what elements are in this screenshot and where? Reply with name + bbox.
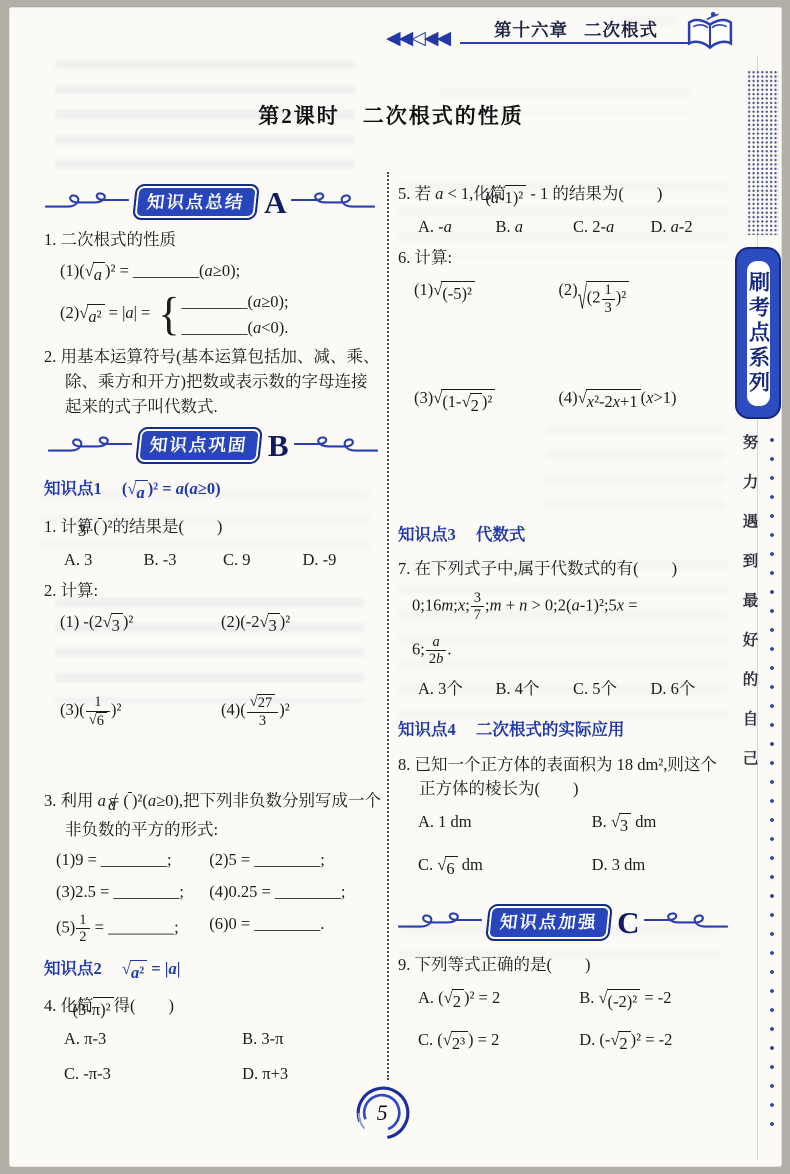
part-2: (2)(-2√3)² xyxy=(221,610,382,639)
swirl-decoration-left xyxy=(45,192,129,212)
option-d: D. 3 dm xyxy=(592,853,728,882)
swirl-decoration-right xyxy=(294,436,378,456)
part-1: (1) -(2√3)² xyxy=(60,610,221,639)
question-7-stem: 7. 在下列式子中,属于代数式的有( ) xyxy=(398,557,728,582)
part-3: (3)(1√6)² xyxy=(60,694,221,729)
question-9-stem: 9. 下列等式正确的是( ) xyxy=(398,953,728,978)
option-a: A. -a xyxy=(418,215,496,240)
banner-badge: 知识点总结 xyxy=(132,184,259,220)
knowledge-point-1-heading: 知识点1 (√a)² = a(a≥0) xyxy=(44,477,382,506)
option-c: C. (√2³) = 2 xyxy=(418,1028,579,1057)
question-8-stem: 8. 已知一个正方体的表面积为 18 dm²,则这个正方体的棱长为( ) xyxy=(398,753,728,803)
chapter-number: 第十六章 xyxy=(494,17,568,42)
knowledge-point-label: 知识点4 xyxy=(398,720,456,739)
case-line-2: ________(a<0). xyxy=(181,316,288,341)
swirl-decoration-right xyxy=(291,192,375,212)
option-c: C. 9 xyxy=(223,548,303,573)
option-b: B. √3 dm xyxy=(592,810,728,839)
sidebar-motto: 努力遇到最好的自己 xyxy=(741,434,757,790)
part-2: (2)√(213)² xyxy=(558,278,728,316)
case-brace: { xyxy=(158,294,179,336)
option-a: A. 3 xyxy=(64,548,144,573)
question-7-expression-line-2: 6;a2b. xyxy=(398,634,728,668)
option-b: B. a xyxy=(496,215,574,240)
option-c: C. 5个 xyxy=(573,677,651,702)
left-column: 1. 二次根式的性质 (1)(√a)² = ________(a≥0); (2)… xyxy=(44,228,382,1086)
knowledge-point-3-heading: 知识点3 代数式 xyxy=(398,523,728,548)
question-8-options: A. 1 dm B. √3 dm C. √6 dm D. 3 dm xyxy=(398,810,728,882)
banner-badge: 知识点加强 xyxy=(485,904,612,941)
knowledge-point-label: 知识点3 xyxy=(398,525,456,544)
knowledge-point-topic: 二次根式的实际应用 xyxy=(476,720,625,739)
open-book-icon xyxy=(686,10,734,54)
option-c: C. √6 dm xyxy=(418,853,592,882)
page-number-ornament: 5 xyxy=(352,1082,414,1144)
case-line-1: ________(a≥0); xyxy=(181,290,288,315)
question-5-stem: 5. 若 a < 1,化简√(a-1)² - 1 的结果为( ) xyxy=(398,182,728,211)
scanned-page: ◀◀◁◀◀ 第十六章 二次根式 刷考点系列 努力遇到最好的自己 第2课时 二次根… xyxy=(0,0,790,1174)
blank-3: (3)2.5 = ________; xyxy=(56,880,209,905)
question-7-expression-line-1: 0;16m;x;37;m + n > 0;2(a-1)²;5x = xyxy=(398,590,728,624)
knowledge-point-label: 知识点1 xyxy=(44,479,102,498)
question-3-stem: 3. 利用 a = (√a)²(a≥0),把下列非负数分别写成一个非负数的平方的… xyxy=(44,789,382,843)
series-badge: 刷考点系列 xyxy=(735,247,781,419)
blank-2: (2)5 = ________; xyxy=(209,848,382,873)
question-1-stem: 1. 计算(√3)²的结果是( ) xyxy=(44,515,382,544)
banner-knowledge-consolidate: 知识点巩固 B xyxy=(44,427,382,464)
summary-item1-heading: 1. 二次根式的性质 xyxy=(44,228,382,253)
part-1: (1)√(-5)² xyxy=(414,278,558,316)
option-a: A. 1 dm xyxy=(418,810,592,839)
question-3-blanks: (1)9 = ________; (2)5 = ________; (3)2.5… xyxy=(44,848,382,945)
header-rule xyxy=(460,42,688,44)
question-2-parts-row-1: (1) -(2√3)² (2)(-2√3)² xyxy=(44,610,382,639)
knowledge-point-label: 知识点2 xyxy=(44,959,102,978)
option-a: A. π-3 xyxy=(64,1027,242,1052)
question-6-parts-row-2: (3)√(1-√2)² (4)√x²-2x+1(x>1) xyxy=(398,386,728,419)
question-5-options: A. -a B. a C. 2-a D. a-2 xyxy=(398,215,728,240)
part-4: (4)(√273)² xyxy=(221,694,382,729)
knowledge-point-topic: 代数式 xyxy=(476,525,526,544)
blank-4: (4)0.25 = ________; xyxy=(209,880,382,905)
option-c: C. -π-3 xyxy=(64,1062,242,1087)
summary-item1-line2: (2)√a² = |a| = { ________(a≥0); ________… xyxy=(44,290,382,342)
lesson-title: 第2课时 二次根式的性质 xyxy=(0,100,782,130)
option-b: B. -3 xyxy=(144,548,224,573)
summary-item1-line1: (1)(√a)² = ________(a≥0); xyxy=(44,259,382,288)
summary-item2: 2. 用基本运算符号(基本运算包括加、减、乘、除、乘方和开方)把数或表示数的字母… xyxy=(44,345,382,419)
knowledge-point-formula: (√a)² = a(a≥0) xyxy=(122,479,221,498)
option-b: B. √(-2)² = -2 xyxy=(579,986,728,1015)
page-number: 5 xyxy=(377,1101,388,1125)
case-expression: (2)√a² = |a| = xyxy=(60,301,150,330)
swirl-decoration-left xyxy=(48,436,132,456)
option-d: D. 6个 xyxy=(651,677,729,702)
part-4: (4)√x²-2x+1(x>1) xyxy=(558,386,728,419)
column-divider xyxy=(387,172,389,1080)
option-c: C. 2-a xyxy=(573,215,651,240)
chapter-title: 二次根式 xyxy=(584,17,658,42)
option-a: A. 3个 xyxy=(418,677,496,702)
knowledge-point-formula: √a² = |a| xyxy=(122,959,180,978)
banner-letter: A xyxy=(264,187,286,218)
question-2-parts-row-2: (3)(1√6)² (4)(√273)² xyxy=(44,694,382,729)
question-1-options: A. 3 B. -3 C. 9 D. -9 xyxy=(44,548,382,573)
chapter-heading: 第十六章 二次根式 xyxy=(494,17,658,42)
blank-5: (5)12 = ________; xyxy=(56,912,209,946)
right-column: 5. 若 a < 1,化简√(a-1)² - 1 的结果为( ) A. -a B… xyxy=(398,182,728,1057)
question-4-options: A. π-3 B. 3-π C. -π-3 D. π+3 xyxy=(44,1027,382,1087)
header-arrows-icon: ◀◀◁◀◀ xyxy=(386,27,449,49)
swirl-decoration-right xyxy=(644,912,728,932)
blank-6: (6)0 = ________. xyxy=(209,912,382,946)
question-6-parts-row-1: (1)√(-5)² (2)√(213)² xyxy=(398,278,728,316)
banner-knowledge-summary: 知识点总结 A xyxy=(52,184,368,220)
question-2-stem: 2. 计算: xyxy=(44,579,382,604)
banner-letter: B xyxy=(268,430,289,461)
option-d: D. (-√2)² = -2 xyxy=(579,1028,728,1057)
question-6-stem: 6. 计算: xyxy=(398,246,728,271)
swirl-decoration-left xyxy=(398,912,482,932)
part-3: (3)√(1-√2)² xyxy=(414,386,558,419)
banner-letter: C xyxy=(617,907,639,938)
question-4-stem: 4. 化简√(3-π)²得( ) xyxy=(44,994,382,1023)
knowledge-point-4-heading: 知识点4 二次根式的实际应用 xyxy=(398,718,728,743)
halftone-dots-decoration xyxy=(747,70,779,235)
dotted-line-decoration xyxy=(770,438,774,1138)
banner-knowledge-strengthen: 知识点加强 C xyxy=(398,904,728,941)
series-badge-label: 刷考点系列 xyxy=(747,261,770,406)
case-lines: ________(a≥0); ________(a<0). xyxy=(181,290,288,342)
banner-badge: 知识点巩固 xyxy=(135,427,262,464)
option-d: D. a-2 xyxy=(651,215,729,240)
option-d: D. -9 xyxy=(303,548,383,573)
option-a: A. (√2)² = 2 xyxy=(418,986,579,1015)
option-b: B. 3-π xyxy=(242,1027,382,1052)
blank-1: (1)9 = ________; xyxy=(56,848,209,873)
option-b: B. 4个 xyxy=(496,677,574,702)
question-7-options: A. 3个 B. 4个 C. 5个 D. 6个 xyxy=(398,677,728,702)
knowledge-point-2-heading: 知识点2 √a² = |a| xyxy=(44,957,382,986)
question-9-options: A. (√2)² = 2 B. √(-2)² = -2 C. (√2³) = 2… xyxy=(398,986,728,1058)
